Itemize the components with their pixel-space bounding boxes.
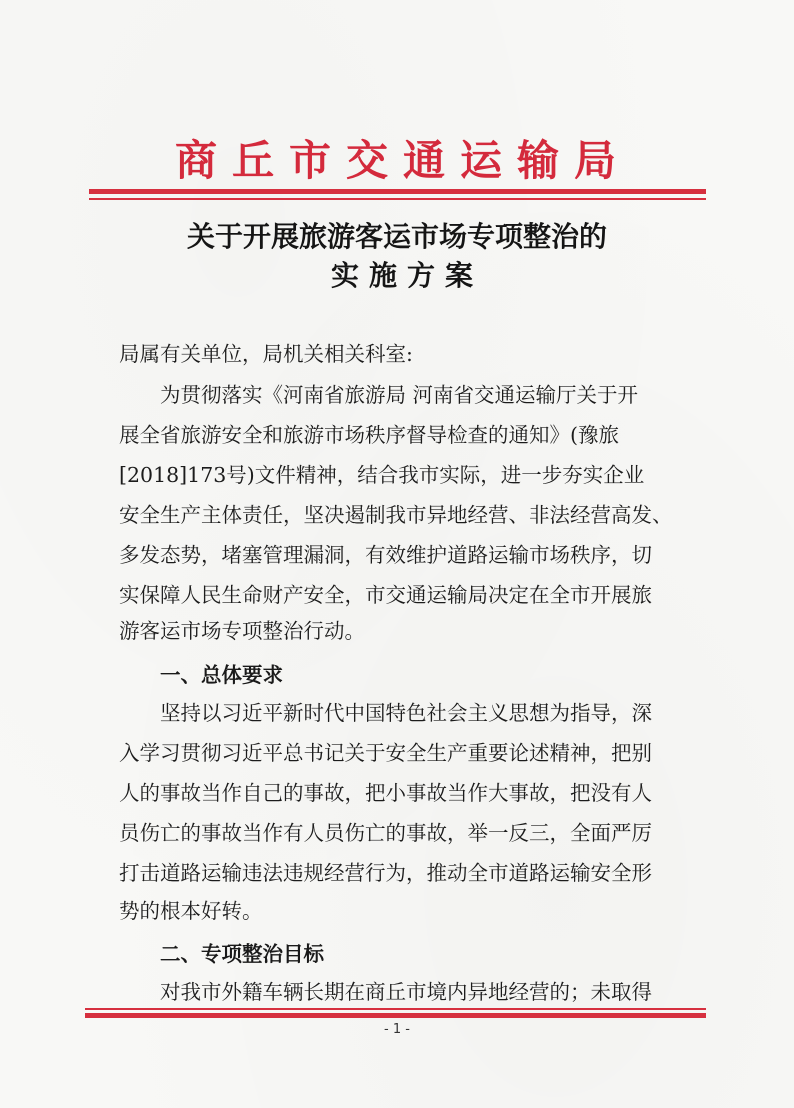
- document-title-line-1: 关于开展旅游客运市场专项整治的: [0, 215, 794, 255]
- section-heading-2: 二、专项整治目标: [160, 937, 324, 967]
- intro-line-5: 多发态势，堵塞管理漏洞，有效维护道路运输市场秩序，切: [119, 538, 679, 572]
- footer-rule-thin: [85, 1008, 706, 1010]
- intro-line-6: 实保障人民生命财产安全，市交通运输局决定在全市开展旅: [119, 578, 679, 612]
- section1-line-1: 坚持以习近平新时代中国特色社会主义思想为指导，深: [119, 696, 679, 730]
- intro-line-4: 安全生产主体责任，坚决遏制我市异地经营、非法经营高发、: [119, 498, 679, 532]
- section1-line-4: 员伤亡的事故当作有人员伤亡的事故，举一反三，全面严厉: [119, 816, 679, 850]
- section1-line-3: 人的事故当作自己的事故，把小事故当作大事故，把没有人: [119, 776, 679, 810]
- salutation: 局属有关单位，局机关相关科室:: [119, 337, 679, 371]
- letterhead-rule-thick: [89, 189, 706, 194]
- document-title-line-2: 实施方案: [0, 254, 794, 294]
- intro-line-3: [2018]173号)文件精神，结合我市实际，进一步夯实企业: [119, 458, 679, 492]
- section1-line-6: 势的根本好转。: [119, 894, 679, 928]
- page-number: - 1 -: [0, 1022, 794, 1037]
- organization-letterhead: 商丘市交通运输局: [0, 128, 794, 188]
- section1-line-2: 入学习贯彻习近平总书记关于安全生产重要论述精神，把别: [119, 736, 679, 770]
- letterhead-rule-thin: [89, 198, 706, 200]
- section1-line-5: 打击道路运输违法违规经营行为，推动全市道路运输安全形: [119, 856, 679, 890]
- document-page: 商丘市交通运输局 关于开展旅游客运市场专项整治的 实施方案 局属有关单位，局机关…: [0, 0, 794, 1108]
- section2-line-1: 对我市外籍车辆长期在商丘市境内异地经营的；未取得: [119, 975, 679, 1009]
- footer-rule-thick: [85, 1013, 706, 1018]
- section-heading-1: 一、总体要求: [160, 658, 283, 688]
- intro-line-2: 展全省旅游安全和旅游市场秩序督导检查的通知》(豫旅: [119, 418, 679, 452]
- intro-line-1: 为贯彻落实《河南省旅游局 河南省交通运输厅关于开: [119, 378, 679, 412]
- intro-line-7: 游客运市场专项整治行动。: [119, 614, 679, 648]
